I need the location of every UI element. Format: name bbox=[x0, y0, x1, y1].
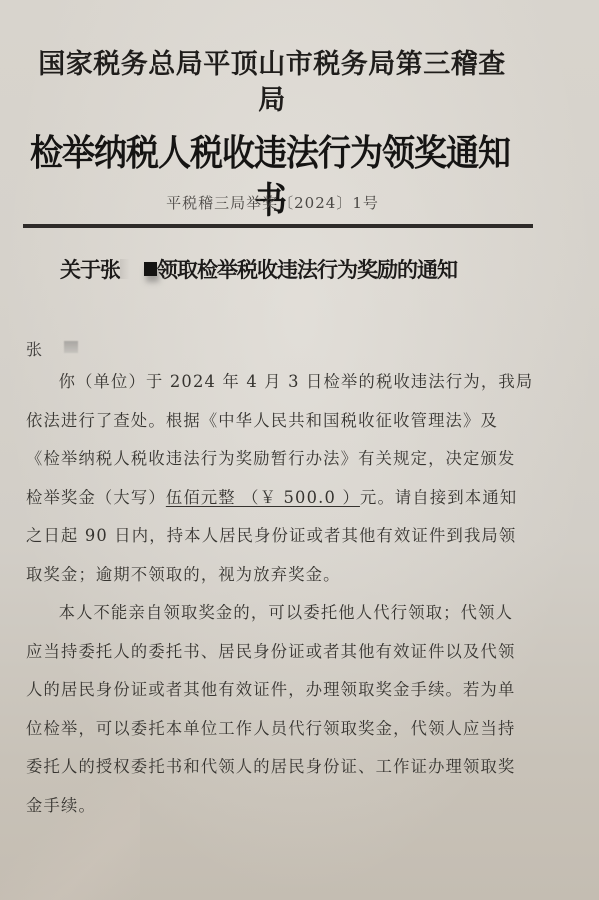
subtitle-prefix: 关于张 bbox=[60, 257, 120, 282]
body-line: 你（单位）于 2024 年 4 月 3 日检举的税收违法行为，我局 bbox=[26, 363, 546, 402]
recipient-name-prefix: 张 bbox=[26, 340, 42, 359]
issuer-name-line-2: 局 bbox=[22, 83, 522, 119]
salutation: 张 bbox=[26, 338, 78, 362]
reward-amount-line: 检举奖金（大写）伍佰元整 （￥ 500.0 ）元。请自接到本通知 bbox=[26, 479, 546, 518]
body-line: 应当持委托人的委托书、居民身份证或者其他有效证件以及代领 bbox=[26, 633, 546, 672]
body-line: 委托人的授权委托书和代领人的居民身份证、工作证办理领取奖 bbox=[26, 748, 546, 787]
body-line: 之日起 90 日内，持本人居民身份证或者其他有效证件到我局领 bbox=[26, 517, 546, 556]
document-number: 平税稽三局举奖〔2024〕1号 bbox=[0, 192, 545, 214]
body-line: 本人不能亲自领取奖金的，可以委托他人代行领取；代领人 bbox=[26, 594, 546, 633]
amount-suffix: 元。请自接到本通知 bbox=[360, 488, 517, 507]
body-line: 取奖金；逾期不领取的，视为放弃奖金。 bbox=[26, 556, 546, 595]
issuer-name: 国家税务总局平顶山市税务局第三稽查 局 bbox=[22, 47, 522, 119]
redacted-name-mark bbox=[120, 259, 130, 279]
body-line: 金手续。 bbox=[26, 787, 546, 826]
body-line: 位检举，可以委托本单位工作人员代行领取奖金，代领人应当持 bbox=[26, 710, 546, 749]
issuer-name-line-1: 国家税务总局平顶山市税务局第三稽查 bbox=[22, 47, 522, 83]
redacted-name-block bbox=[144, 262, 157, 276]
body-line: 《检举纳税人税收违法行为奖励暂行办法》有关规定，决定颁发 bbox=[26, 440, 546, 479]
paragraph-2: 本人不能亲自领取奖金的，可以委托他人代行领取；代领人 应当持委托人的委托书、居民… bbox=[26, 594, 546, 825]
redacted-recipient-name bbox=[64, 341, 78, 353]
amount-label: 检举奖金（大写） bbox=[26, 488, 166, 507]
body-line: 人的居民身份证或者其他有效证件，办理领取奖金手续。若为单 bbox=[26, 671, 546, 710]
header-divider-rule bbox=[23, 224, 533, 228]
subtitle-suffix: 领取检举税收违法行为奖励的通知 bbox=[157, 257, 457, 282]
notice-subtitle: 关于张领取检举税收违法行为奖励的通知 bbox=[60, 255, 530, 285]
paragraph-1: 你（单位）于 2024 年 4 月 3 日检举的税收违法行为，我局 依法进行了查… bbox=[26, 363, 546, 594]
body-line: 依法进行了查处。根据《中华人民共和国税收征收管理法》及 bbox=[26, 402, 546, 441]
notice-body: 你（单位）于 2024 年 4 月 3 日检举的税收违法行为，我局 依法进行了查… bbox=[26, 363, 546, 825]
reward-amount: 伍佰元整 （￥ 500.0 ） bbox=[166, 488, 360, 507]
